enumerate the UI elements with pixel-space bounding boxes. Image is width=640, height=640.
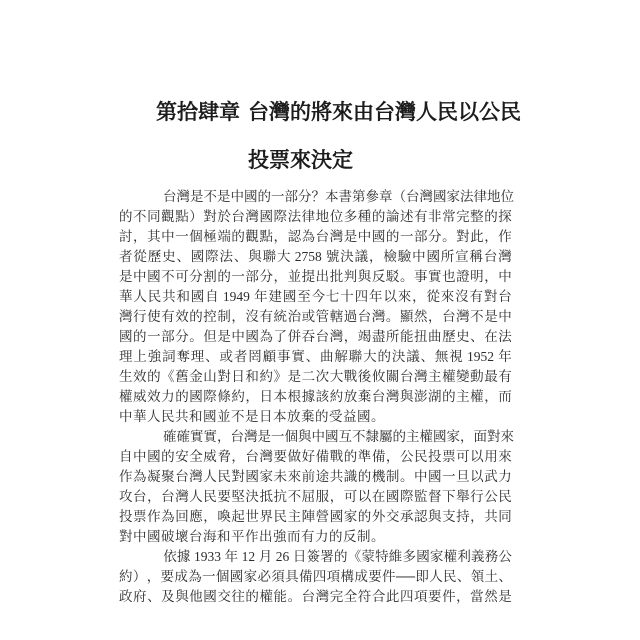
text-line: 中華人民共和國並不是日本放棄的受益國。 — [119, 407, 512, 427]
text-line: 華人民共和國自 1949 年建國至今七十四年以來，從來沒有對台 — [119, 287, 512, 307]
body-text: 台灣是不是中國的一部分？本書第參章（台灣國家法律地位的不同觀點）對於台灣國際法律… — [119, 187, 512, 607]
text-line: 確確實實，台灣是一個與中國互不隸屬的主權國家，面對來 — [119, 427, 512, 447]
text-line: 是中國不可分割的一部分，並提出批判與反駁。事實也證明，中 — [119, 267, 512, 287]
text-line: 台灣是不是中國的一部分？本書第參章（台灣國家法律地位 — [119, 187, 512, 207]
paragraph-indent — [119, 187, 163, 207]
text-line: 者從歷史、國際法、與聯大 2758 號決議，檢驗中國所宣稱台灣 — [119, 247, 512, 267]
text-line: 理上強詞奪理、或者罔顧事實、曲解聯大的決議、無視 1952 年 — [119, 347, 512, 367]
text-line: 權威效力的國際條約，日本根據該約放棄台灣與澎湖的主權，而 — [119, 387, 512, 407]
chapter-number-label: 第拾肆章 — [156, 88, 240, 136]
text-line: 對中國破壞台海和平作出強而有力的反制。 — [119, 527, 512, 547]
book-page: 第拾肆章 台灣的將來由台灣人民以公民投票來決定 台灣是不是中國的一部分？本書第參… — [0, 0, 640, 640]
text-line: 自中國的安全威脅，台灣要做好備戰的準備，公民投票可以用來 — [119, 447, 512, 467]
text-line: 作為凝聚台灣人民對國家未來前途共識的機制。中國一旦以武力 — [119, 467, 512, 487]
text-line: 的不同觀點）對於台灣國際法律地位多種的論述有非常完整的探 — [119, 207, 512, 227]
text-line: 約），要成為一個國家必須具備四項構成要件──即人民、領土、 — [119, 567, 512, 587]
paragraph-indent — [119, 427, 163, 447]
text-line: 討，其中一個極端的觀點，認為台灣是中國的一部分。對此，作 — [119, 227, 512, 247]
text-line: 依據 1933 年 12 月 26 日簽署的《蒙特維多國家權利義務公 — [119, 547, 512, 567]
text-line: 攻台，台灣人民要堅決抵抗不屈服，可以在國際監督下舉行公民 — [119, 487, 512, 507]
text-line: 生效的《舊金山對日和約》是二次大戰後攸關台灣主權變動最有 — [119, 367, 512, 387]
chapter-title-text: 台灣的將來由台灣人民以公民投票來決定 — [248, 88, 526, 184]
text-line: 投票作為回應，喚起世界民主陣營國家的外交承認與支持，共同 — [119, 507, 512, 527]
text-line: 灣行使有效的控制，沒有統治或管轄過台灣。顯然，台灣不是中 — [119, 307, 512, 327]
paragraph-indent — [119, 547, 163, 567]
chapter-title: 第拾肆章 台灣的將來由台灣人民以公民投票來決定 — [156, 88, 526, 184]
text-line: 國的一部分。但是中國為了併吞台灣，竭盡所能扭曲歷史、在法 — [119, 327, 512, 347]
text-line: 政府、及與他國交往的權能。台灣完全符合此四項要件，當然是 — [119, 587, 512, 607]
